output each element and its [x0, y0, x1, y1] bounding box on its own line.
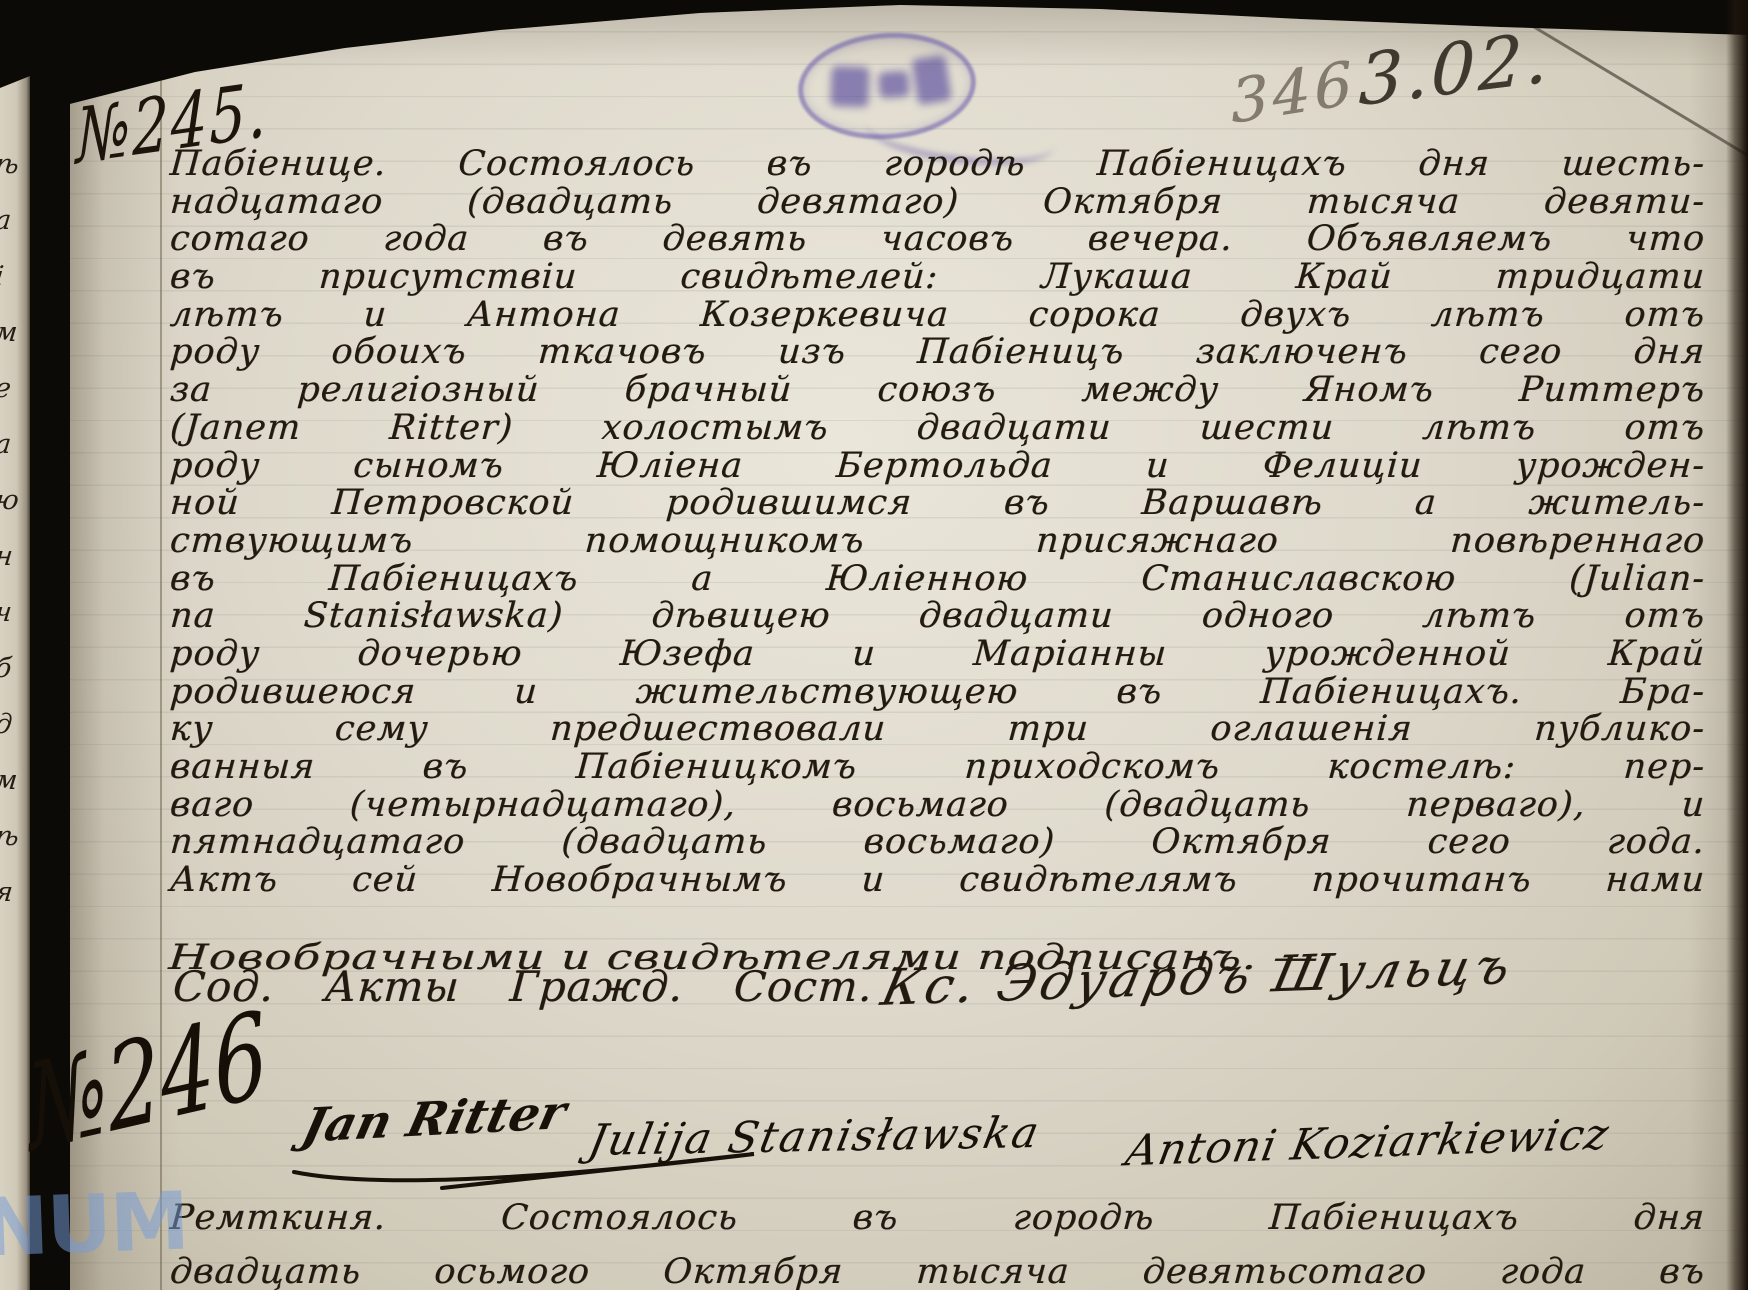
- manuscript-line: ванныя въ Пабіеницкомъ приходскомъ косте…: [169, 749, 1707, 787]
- edge-fragment: м: [0, 318, 20, 347]
- edge-fragment: ѣ: [0, 150, 20, 179]
- record-246-line-1: Ремткиня. Состоялось въ городѣ Пабіеница…: [169, 1198, 1707, 1238]
- edge-fragment: м: [0, 766, 20, 795]
- manuscript-line: na Stanisławska) дѣвицею двадцати одного…: [169, 598, 1707, 636]
- manuscript-line: роду обоихъ ткачовъ изъ Пабіеницъ заключ…: [169, 334, 1707, 372]
- stamp-smudged-glyph: [878, 70, 910, 98]
- watermark-text: NUM: [0, 1174, 189, 1274]
- record-246-line-2: двадцать осьмого Октября тысяча девятьсо…: [169, 1252, 1707, 1290]
- manuscript-line: надцатаго (двадцать девятаго) Октября ты…: [169, 184, 1707, 222]
- manuscript-line: Актъ сей Новобрачнымъ и свидѣтелямъ проч…: [169, 862, 1707, 900]
- right-binding-edge: [1726, 0, 1748, 1290]
- edge-fragment: б: [0, 654, 20, 683]
- edge-fragment: ч: [0, 598, 20, 627]
- manuscript-line: лѣтъ и Антона Козеркевича сорока двухъ л…: [169, 297, 1707, 335]
- bride-signature: Julija Stanisławska: [584, 1108, 1044, 1166]
- manuscript-line: за религіозный брачный союзъ между Яномъ…: [169, 372, 1707, 410]
- manuscript-line: сотаго года въ девять часовъ вечера. Объ…: [169, 221, 1707, 259]
- stamp-smudged-glyph: [830, 66, 869, 107]
- edge-fragment: а: [0, 430, 20, 459]
- edge-fragment: е: [0, 374, 20, 403]
- edge-fragment: д: [0, 710, 20, 739]
- manuscript-line: ной Петровской родившимся въ Варшавѣ а ж…: [169, 485, 1707, 523]
- previous-page-edge: ѣаімеаюнчбдмѣя: [0, 0, 30, 1290]
- manuscript-line: ваго (четырнадцатаго), восьмаго (двадцат…: [169, 787, 1707, 825]
- manuscript-line: роду сыномъ Юліена Бертольда и Фелиціи у…: [169, 448, 1707, 486]
- edge-fragment: і: [0, 262, 20, 291]
- manuscript-line: ствующимъ помощникомъ присяжнаго повѣрен…: [169, 523, 1707, 561]
- edge-fragment: ю: [0, 486, 20, 515]
- edge-fragment: а: [0, 206, 20, 235]
- edge-fragment: я: [0, 878, 20, 907]
- scanned-register-page: ѣаімеаюнчбдмѣя 346 3.02. №245. Пабіенице…: [0, 0, 1748, 1290]
- edge-fragment: н: [0, 542, 20, 571]
- manuscript-line: (Janem Ritter) холостымъ двадцати шести …: [169, 410, 1707, 448]
- edge-fragment-column: ѣаімеаюнчбдмѣя: [2, 150, 19, 907]
- manuscript-line: Пабіенице. Состоялось въ городѣ Пабіениц…: [169, 146, 1707, 184]
- record-245-body: Пабіенице. Состоялось въ городѣ Пабіениц…: [170, 146, 1705, 900]
- manuscript-line: ку сему предшествовали три оглашенія пуб…: [169, 711, 1707, 749]
- officiant-title: Сод. Акты Гражд. Сост.: [171, 962, 874, 1011]
- manuscript-line: родившеюся и жительствующею въ Пабіеница…: [169, 674, 1707, 712]
- manuscript-line: роду дочерью Юзефа и Маріанны урожденной…: [169, 636, 1707, 674]
- manuscript-line: пятнадцатаго (двадцать восьмаго) Октября…: [169, 824, 1707, 862]
- stamp-smudged-glyph: [911, 54, 952, 105]
- register-page: 346 3.02. №245. Пабіенице. Состоялось въ…: [70, 0, 1748, 1290]
- manuscript-line: въ Пабіеницахъ а Юліенною Станиславскою …: [169, 561, 1707, 599]
- manuscript-line: въ присутствіи свидѣтелей: Лукаша Край т…: [169, 259, 1707, 297]
- edge-fragment: ѣ: [0, 822, 20, 851]
